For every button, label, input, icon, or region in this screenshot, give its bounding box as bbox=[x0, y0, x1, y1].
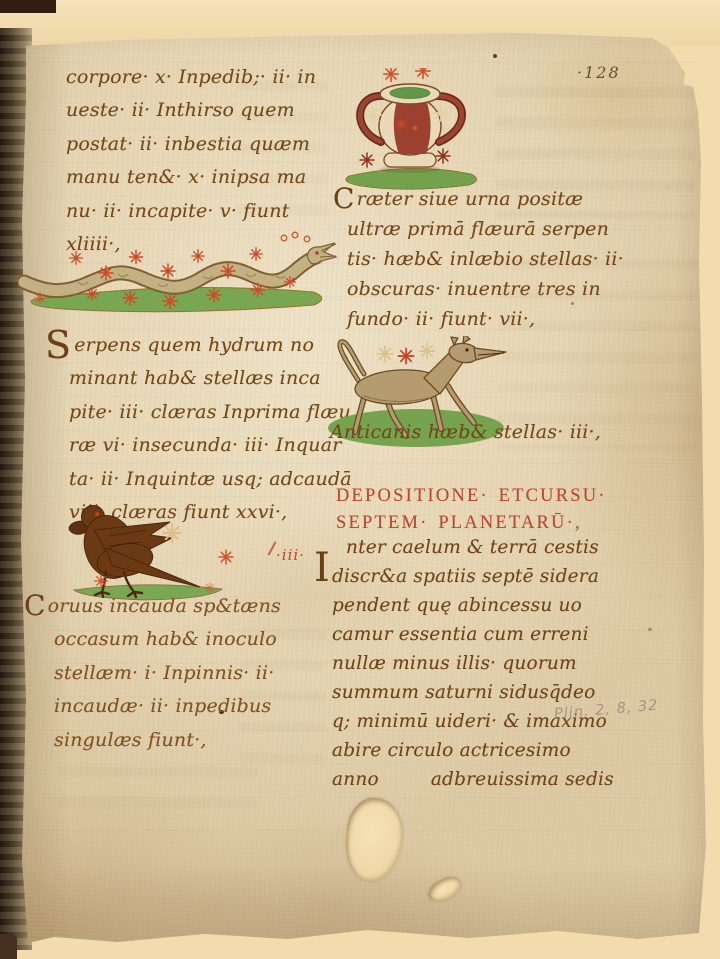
line-text: anno bbox=[332, 769, 379, 790]
binding-shadow-top bbox=[0, 0, 56, 13]
manuscript-photo: ·128 corpore· x· Inpedib;· ii· in ueste·… bbox=[0, 0, 720, 959]
star-icons bbox=[377, 343, 435, 363]
manuscript-line: nu· ii· incapite· v· fiunt bbox=[66, 200, 316, 233]
urn-red-band bbox=[394, 100, 431, 154]
rubric-line: SEPTEM· PLANETARŪ·, bbox=[336, 513, 607, 540]
manuscript-line: stellæm· i· Inpinnis· ii· bbox=[24, 662, 281, 695]
manuscript-line: Coruus incauda sp&tæns bbox=[24, 595, 281, 628]
manuscript-line: corpore· x· Inpedib;· ii· in bbox=[66, 66, 316, 99]
initial-letter: S bbox=[45, 323, 71, 367]
ink-speck bbox=[493, 54, 497, 58]
hydra-serpent-illustration bbox=[18, 230, 340, 322]
folio-number: ·128 bbox=[577, 63, 621, 82]
line-text: erpens quem hydrum no bbox=[74, 334, 314, 356]
manuscript-line: incaudæ· ii· inpedibus bbox=[24, 695, 281, 728]
rubric-line: DEPOSITIONE· ETCURSU· bbox=[336, 486, 607, 513]
marginal-numeral: ·iii· bbox=[276, 546, 305, 564]
manuscript-line: occasum hab& inoculo bbox=[24, 628, 281, 661]
manuscript-line: postat· ii· inbestia quæm bbox=[66, 133, 316, 166]
manuscript-line: discr&a spatiis septē sidera bbox=[332, 566, 614, 595]
urn-mouth-green bbox=[390, 88, 430, 99]
manuscript-line: Anticanis hæb& stellas· iii·, bbox=[330, 421, 601, 454]
manuscript-line: singulæs fiunt·, bbox=[24, 729, 281, 762]
raven-body bbox=[69, 506, 200, 588]
manuscript-line: nter caelum & terrā cestis bbox=[332, 537, 614, 566]
show-through-text bbox=[58, 757, 258, 822]
initial-letter: C bbox=[333, 182, 355, 215]
manuscript-line: pendent quę abincessu uo bbox=[332, 595, 614, 624]
text-block-crater: Cræter siue urna positæ ultræ primā flæu… bbox=[333, 188, 624, 338]
manuscript-line: ueste· ii· Inthirso quem bbox=[66, 99, 316, 132]
manuscript-line: ræ vi· insecunda· iii· Inquar bbox=[45, 434, 352, 467]
rubric-heading: DEPOSITIONE· ETCURSU· SEPTEM· PLANETARŪ·… bbox=[336, 486, 607, 540]
serpent-eye bbox=[315, 251, 318, 254]
manuscript-line: nullæ minus illis· quorum bbox=[332, 653, 614, 682]
text-line-anticanis: Anticanis hæb& stellas· iii·, bbox=[330, 421, 601, 454]
manuscript-line: tis· hæb& inlæbio stellas· ii· bbox=[333, 248, 624, 278]
raven-eye bbox=[95, 512, 99, 516]
text-block-corvus: Coruus incauda sp&tæns occasum hab& inoc… bbox=[24, 595, 281, 762]
manuscript-line: ultræ primā flæurā serpen bbox=[333, 218, 624, 248]
corvus-raven-illustration bbox=[50, 502, 235, 604]
ink-speck bbox=[648, 628, 652, 631]
line-text: oruus incauda sp&tæns bbox=[48, 595, 281, 617]
manuscript-line: camur essentia cum erreni bbox=[332, 624, 614, 653]
manuscript-line: annoadbreuissima sedis bbox=[332, 769, 614, 798]
dog-eye bbox=[465, 348, 468, 351]
initial-letter: C bbox=[24, 589, 46, 622]
crater-urn-illustration bbox=[331, 68, 495, 200]
manuscript-line: abire circulo actricesimo bbox=[332, 740, 614, 769]
text-block-planets: nter caelum & terrā cestis discr&a spati… bbox=[332, 537, 614, 798]
manuscript-line: ta· ii· Inquintæ usq; adcaudā bbox=[45, 468, 352, 501]
red-circles bbox=[281, 232, 310, 242]
manuscript-line: Cræter siue urna positæ bbox=[333, 188, 624, 218]
manuscript-line: manu ten&· x· inipsa ma bbox=[66, 166, 316, 199]
manuscript-line: obscuras· inuentre tres in bbox=[333, 278, 624, 308]
manuscript-line: fundo· ii· fiunt· vii·, bbox=[333, 308, 624, 338]
binding-shadow-bottom bbox=[0, 934, 17, 959]
manuscript-line: minant hab& stellæs inca bbox=[45, 367, 352, 400]
line-text: ræter siue urna positæ bbox=[357, 188, 584, 210]
manuscript-line: pite· iii· clæras Inprima flæu bbox=[45, 401, 352, 434]
manuscript-line: Serpens quem hydrum no bbox=[45, 334, 352, 367]
line-text: adbreuissima sedis bbox=[431, 769, 614, 790]
dog-body bbox=[354, 336, 506, 406]
initial-letter-I: I bbox=[314, 548, 330, 588]
